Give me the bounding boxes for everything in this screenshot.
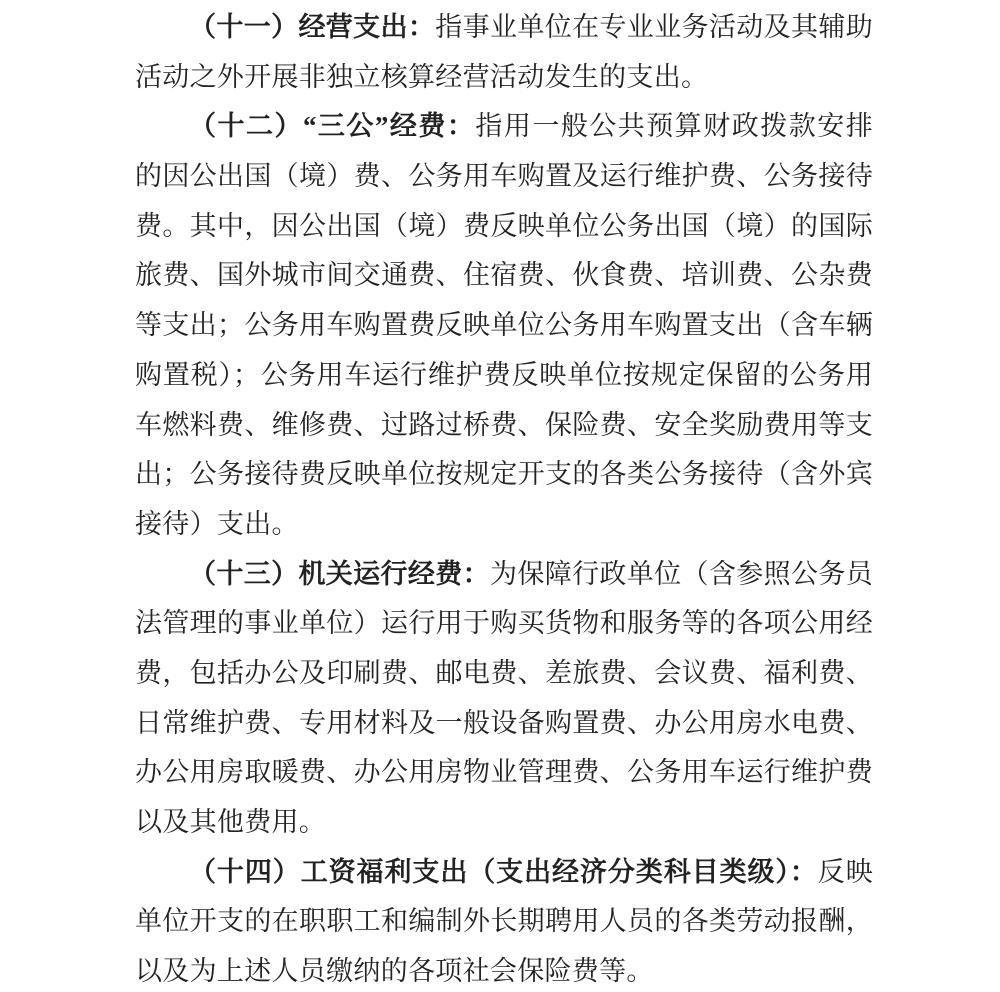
paragraph-lead-bold: （十三）机关运行经费： [189,559,490,589]
document-line: 车燃料费、维修费、过路过桥费、保险费、安全奖励费用等支 [135,401,873,451]
line-text: 旅费、国外城市间交通费、住宿费、伙食费、培训费、公杂费 [135,260,873,290]
document-line: （十一）经营支出：指事业单位在专业业务活动及其辅助 [135,3,873,53]
line-text: 反映 [818,857,873,887]
document-line: 等支出；公务用车购置费反映单位公务用车购置支出（含车辆 [135,301,873,351]
document-line: 接待）支出。 [135,500,873,550]
line-text: 指用一般公共预算财政拨款安排 [475,111,873,141]
line-text: 指事业单位在专业业务活动及其辅助 [435,12,873,42]
document-line: 费，包括办公及印刷费、邮电费、差旅费、会议费、福利费、 [135,649,873,699]
document-line: 活动之外开展非独立核算经营活动发生的支出。 [135,53,873,103]
line-text: 以及其他费用。 [135,807,326,837]
line-text: 活动之外开展非独立核算经营活动发生的支出。 [135,62,708,92]
line-text: 以及为上述人员缴纳的各项社会保险费等。 [135,956,654,986]
document-line: （十二）“三公”经费：指用一般公共预算财政拨款安排 [135,102,873,152]
document-line: 法管理的事业单位）运行用于购买货物和服务等的各项公用经 [135,599,873,649]
document-page: （十一）经营支出：指事业单位在专业业务活动及其辅助 活动之外开展非独立核算经营活… [0,0,1000,992]
document-line: 单位开支的在职职工和编制外长期聘用人员的各类劳动报酬， [135,897,873,947]
document-line: 费。其中，因公出国（境）费反映单位公务出国（境）的国际 [135,202,873,252]
line-text: 车燃料费、维修费、过路过桥费、保险费、安全奖励费用等支 [135,410,873,440]
line-text: 费。其中，因公出国（境）费反映单位公务出国（境）的国际 [135,211,873,241]
paragraph-lead-bold: （十一）经营支出： [189,12,435,42]
line-text: 出；公务接待费反映单位按规定开支的各类公务接待（含外宾 [135,459,873,489]
line-text: 单位开支的在职职工和编制外长期聘用人员的各类劳动报酬， [135,906,873,936]
line-text: 费，包括办公及印刷费、邮电费、差旅费、会议费、福利费、 [135,658,873,688]
document-line: 办公用房取暖费、办公用房物业管理费、公务用车运行维护费 [135,748,873,798]
line-text: 等支出；公务用车购置费反映单位公务用车购置支出（含车辆 [135,310,873,340]
line-text: 接待）支出。 [135,509,299,539]
paragraph-lead-bold: （十四）工资福利支出（支出经济分类科目类级）： [189,857,818,887]
document-body: （十一）经营支出：指事业单位在专业业务活动及其辅助 活动之外开展非独立核算经营活… [135,3,873,992]
line-text: 法管理的事业单位）运行用于购买货物和服务等的各项公用经 [135,608,873,638]
document-line: 以及其他费用。 [135,798,873,848]
document-line: 以及为上述人员缴纳的各项社会保险费等。 [135,947,873,992]
paragraph-lead-bold: （十二）“三公”经费： [189,111,475,141]
document-line: 购置税）；公务用车运行维护费反映单位按规定保留的公务用 [135,351,873,401]
line-text: 购置税）；公务用车运行维护费反映单位按规定保留的公务用 [135,360,873,390]
document-line: 出；公务接待费反映单位按规定开支的各类公务接待（含外宾 [135,450,873,500]
document-line: 的因公出国（境）费、公务用车购置及运行维护费、公务接待 [135,152,873,202]
document-line: 日常维护费、专用材料及一般设备购置费、办公用房水电费、 [135,699,873,749]
document-line: （十四）工资福利支出（支出经济分类科目类级）：反映 [135,848,873,898]
line-text: 为保障行政单位（含参照公务员 [490,559,873,589]
document-line: （十三）机关运行经费：为保障行政单位（含参照公务员 [135,550,873,600]
line-text: 的因公出国（境）费、公务用车购置及运行维护费、公务接待 [135,161,873,191]
line-text: 日常维护费、专用材料及一般设备购置费、办公用房水电费、 [135,708,873,738]
line-text: 办公用房取暖费、办公用房物业管理费、公务用车运行维护费 [135,757,873,787]
document-line: 旅费、国外城市间交通费、住宿费、伙食费、培训费、公杂费 [135,251,873,301]
